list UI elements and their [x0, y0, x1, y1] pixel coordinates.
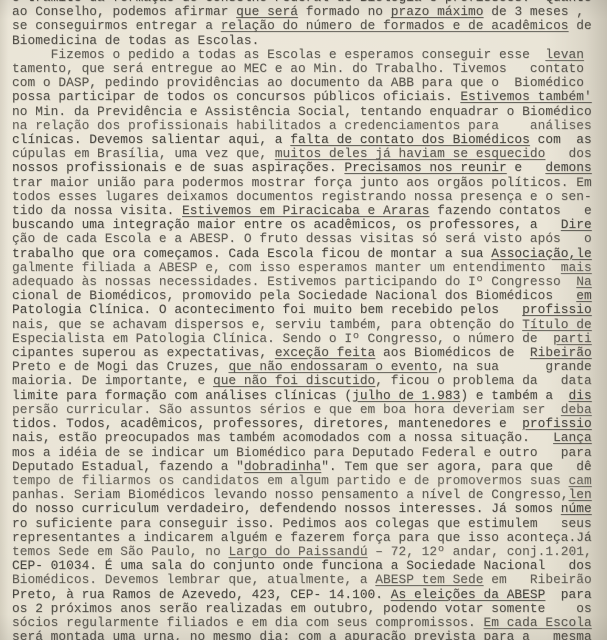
text-segment: Preto, à rua Ramos de Azevedo, 423, CEP-…: [12, 587, 391, 602]
underlined-text-segment: Largo do Paissandú: [228, 544, 367, 559]
text-segment: , ficou o problema da data: [375, 373, 591, 388]
underlined-text-segment: profissio: [522, 302, 592, 317]
text-segment: de 3 meses ,: [484, 4, 584, 19]
text-segment: ao Conselho, podemos afirmar: [12, 4, 236, 19]
text-line: Fizemos o pedido a todas as Escolas e es…: [12, 48, 602, 62]
text-line: possa participar de todos os concursos p…: [12, 90, 602, 104]
underlined-text-segment: cam: [569, 473, 592, 488]
text-segment: possa participar de todos os concursos p…: [12, 89, 460, 104]
text-line: tempo de filiarmos os candidatos em algu…: [12, 474, 602, 488]
text-segment: Preto e de Mogi das Cruzes,: [12, 359, 228, 374]
text-line: nossos profissionais e de suas aspiraçõe…: [12, 161, 602, 175]
text-line: maioria. De importante, e que não foi di…: [12, 374, 602, 388]
text-segment: aos Biomédicos de: [375, 345, 530, 360]
text-line: os 2 próximos anos serão realizadas em o…: [12, 602, 602, 616]
text-segment: com o DASP, pedindo providências ao docu…: [12, 75, 584, 90]
text-line: limite para formação com análises clínic…: [12, 389, 602, 403]
text-line: Biomedicina de todas as Escolas.: [12, 34, 602, 48]
underlined-text-segment: Associação,le: [491, 246, 591, 261]
text-segment: cional de Biomédicos, promovido pela Soc…: [12, 288, 576, 303]
text-line: Preto, à rua Ramos de Azevedo, 423, CEP-…: [12, 588, 602, 602]
text-segment: , na sua grande: [437, 359, 592, 374]
underlined-text-segment: len: [569, 487, 592, 502]
text-segment: tidos. Todos, acadêmicos, professores, d…: [12, 416, 522, 431]
text-segment: ) e também a: [460, 388, 568, 403]
underlined-text-segment: em: [576, 288, 591, 303]
underlined-text-segment: As eleições da ABESP: [391, 587, 546, 602]
underlined-text-segment: muitos deles já haviam se esquecido: [275, 146, 546, 161]
text-line: panhas. Seriam Biomédicos levando nosso …: [12, 488, 602, 502]
typewritten-text: o trâmite da formação do Conselho Federa…: [12, 0, 602, 640]
underlined-text-segment: relação do número de formados e de acadê…: [221, 18, 569, 33]
underlined-text-segment: prazo máximo: [391, 4, 484, 19]
text-segment: e: [507, 160, 546, 175]
text-segment: ro suficiente para conseguir isso. Pedim…: [12, 516, 592, 531]
text-line: buscando uma integração maior entre os a…: [12, 218, 602, 232]
text-segment: em Ribeirão: [484, 572, 592, 587]
text-segment: sócios regularmente filiados e em dia co…: [12, 615, 484, 630]
text-segment: no Min. da Previdência e Assistência Soc…: [12, 104, 592, 119]
underlined-text-segment: mais: [561, 260, 592, 275]
underlined-text-segment: Ribeirão: [530, 345, 592, 360]
text-line: Preto e de Mogi das Cruzes, que não endo…: [12, 360, 602, 374]
underlined-text-segment: Estivemos também': [460, 89, 591, 104]
underlined-text-segment: profissio: [522, 416, 592, 431]
underlined-text-segment: levan: [545, 47, 584, 62]
text-segment: Deputado Estadual, fazendo a ": [12, 459, 244, 474]
text-line: CEP- 01034. É uma sala do conjunto onde …: [12, 559, 602, 573]
text-line: será montada uma urna, no mesmo dia; com…: [12, 630, 602, 640]
text-segment: se conseguirmos entregar a: [12, 18, 221, 33]
text-line: se conseguirmos entregar a relação do nú…: [12, 19, 602, 33]
text-line: na relação dos profissionais habilitados…: [12, 119, 602, 133]
text-line: trabalho que ora começamos. Cada Escola …: [12, 247, 602, 261]
text-line: sócios regularmente filiados e em dia co…: [12, 616, 602, 630]
text-segment: tempo de filiarmos os candidatos em algu…: [12, 473, 569, 488]
text-segment: do nosso curriculum verdadeiro, defenden…: [12, 501, 561, 516]
underlined-text-segment: dobradinha: [244, 459, 321, 474]
text-line: nais, que se achavam dispersos e, serviu…: [12, 318, 602, 332]
text-line: todos esses lugares deixamos documentos …: [12, 190, 602, 204]
text-line: ao Conselho, podemos afirmar que será fo…: [12, 5, 602, 19]
text-line: ção de cada Escola e a ABESP. O fruto de…: [12, 232, 602, 246]
text-line: ro suficiente para conseguir isso. Pedim…: [12, 517, 602, 531]
text-line: cipantes superou as expectativas, exceçã…: [12, 346, 602, 360]
text-line: tamento, que será entregue ao MEC e ao M…: [12, 62, 602, 76]
underlined-text-segment: falta de contato dos Biomédicos: [290, 132, 530, 147]
text-line: galmente filiada a ABESP e, com isso esp…: [12, 261, 602, 275]
text-segment: cúpulas em Brasília, uma vez que,: [12, 146, 275, 161]
underlined-text-segment: dis: [569, 388, 592, 403]
text-segment: trar maior união para podermos mostrar f…: [12, 175, 592, 190]
text-segment: de: [569, 18, 592, 33]
text-segment: nais, que se achavam dispersos e, serviu…: [12, 317, 522, 332]
underlined-text-segment: exceção feita: [275, 345, 375, 360]
underlined-text-segment: parti: [553, 331, 592, 346]
text-line: mos a idéia de se indicar um Biomédico p…: [12, 446, 602, 460]
text-segment: mos a idéia de se indicar um Biomédico p…: [12, 445, 592, 460]
text-segment: persão curricular. São assuntos sérios e…: [12, 402, 561, 417]
underlined-text-segment: que será: [236, 4, 298, 19]
text-segment: cipantes superou as expectativas,: [12, 345, 275, 360]
underlined-text-segment: deba: [561, 402, 592, 417]
text-segment: representantes a indicarem alguém e faze…: [12, 530, 592, 545]
text-line: adequado às nossas necessidades. Estivem…: [12, 275, 602, 289]
underlined-text-segment: que não foi discutido: [213, 373, 375, 388]
text-line: nais, estão preocupados mas também acomo…: [12, 431, 602, 445]
text-segment: panhas. Seriam Biomédicos levando nosso …: [12, 487, 569, 502]
text-line: tido da nossa visita. Estivemos em Pirac…: [12, 204, 602, 218]
text-line: com o DASP, pedindo providências ao docu…: [12, 76, 602, 90]
underlined-text-segment: julho de 1.983: [352, 388, 460, 403]
text-line: cúpulas em Brasília, uma vez que, muitos…: [12, 147, 602, 161]
text-segment: galmente filiada a ABESP e, com isso esp…: [12, 260, 561, 275]
text-line: Biomédicos. Devemos lembrar que, atualme…: [12, 573, 602, 587]
text-segment: todos esses lugares deixamos documentos …: [12, 189, 592, 204]
text-line: tidos. Todos, acadêmicos, professores, d…: [12, 417, 602, 431]
underlined-text-segment: que não endossaram o evento: [228, 359, 437, 374]
text-segment: temos Sede em São Paulo, no: [12, 544, 228, 559]
underlined-text-segment: Em cada Escola: [484, 615, 592, 630]
text-segment: ção de cada Escola e a ABESP. O fruto de…: [12, 231, 592, 246]
text-segment: – 72, 12º andar, conj.1.201,: [368, 544, 592, 559]
text-segment: Biomedicina de todas as Escolas.: [12, 33, 259, 48]
text-segment: Patologia Clínica. O acontecimento foi m…: [12, 302, 522, 317]
text-line: persão curricular. São assuntos sérios e…: [12, 403, 602, 417]
text-segment: nais, estão preocupados mas também acomo…: [12, 430, 553, 445]
underlined-text-segment: ABESP tem Sede: [375, 572, 483, 587]
text-segment: limite para formação com análises clínic…: [12, 388, 352, 403]
underlined-text-segment: Dire: [561, 217, 592, 232]
text-segment: na relação dos profissionais habilitados…: [12, 118, 592, 133]
text-segment: com as: [530, 132, 592, 147]
text-segment: tido da nossa visita.: [12, 203, 182, 218]
text-segment: ". Tem que ser agora, para que dê: [321, 459, 592, 474]
text-line: Patologia Clínica. O acontecimento foi m…: [12, 303, 602, 317]
text-segment: para: [545, 587, 591, 602]
underlined-text-segment: Estivemos em Piracicaba e Araras: [182, 203, 429, 218]
text-segment: adequado às nossas necessidades. Estivem…: [12, 274, 576, 289]
text-segment: maioria. De importante, e: [12, 373, 213, 388]
text-line: representantes a indicarem alguém e faze…: [12, 531, 602, 545]
underlined-text-segment: demons: [545, 160, 591, 175]
text-segment: será montada uma urna, no mesmo dia; com…: [12, 629, 592, 640]
underlined-text-segment: Título de: [522, 317, 592, 332]
text-line: temos Sede em São Paulo, no Largo do Pai…: [12, 545, 602, 559]
text-segment: buscando uma integração maior entre os a…: [12, 217, 561, 232]
text-line: do nosso curriculum verdadeiro, defenden…: [12, 502, 602, 516]
text-line: clínicas. Devemos salientar aqui, a falt…: [12, 133, 602, 147]
text-segment: Fizemos o pedido a todas as Escolas e es…: [12, 47, 545, 62]
underlined-text-segment: Precisamos nos reunir: [344, 160, 506, 175]
text-line: trar maior união para podermos mostrar f…: [12, 176, 602, 190]
text-line: Especialista em Patologia Clínica. Sendo…: [12, 332, 602, 346]
text-line: cional de Biomédicos, promovido pela Soc…: [12, 289, 602, 303]
typewritten-page: o trâmite da formação do Conselho Federa…: [0, 0, 607, 640]
text-segment: CEP- 01034. É uma sala do conjunto onde …: [12, 558, 592, 573]
text-segment: trabalho que ora começamos. Cada Escola …: [12, 246, 491, 261]
text-segment: fazendo contatos e: [429, 203, 591, 218]
text-line: no Min. da Previdência e Assistência Soc…: [12, 105, 602, 119]
underlined-text-segment: Na: [576, 274, 591, 289]
text-segment: formado no: [298, 4, 391, 19]
text-segment: Biomédicos. Devemos lembrar que, atualme…: [12, 572, 375, 587]
underlined-text-segment: núme: [561, 501, 592, 516]
text-segment: clínicas. Devemos salientar aqui, a: [12, 132, 290, 147]
underlined-text-segment: Lança: [553, 430, 592, 445]
text-segment: dos: [545, 146, 591, 161]
text-segment: nossos profissionais e de suas aspiraçõe…: [12, 160, 344, 175]
text-segment: Especialista em Patologia Clínica. Sendo…: [12, 331, 553, 346]
text-segment: os 2 próximos anos serão realizadas em o…: [12, 601, 592, 616]
text-line: Deputado Estadual, fazendo a "dobradinha…: [12, 460, 602, 474]
text-segment: tamento, que será entregue ao MEC e ao M…: [12, 61, 584, 76]
